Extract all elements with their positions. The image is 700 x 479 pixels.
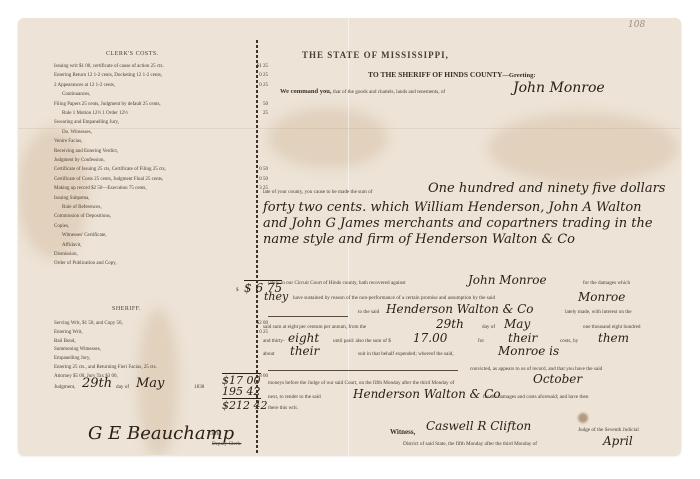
handwritten-line-3: name style and firm of Henderson Walton … xyxy=(263,232,575,247)
cost-label: Receiving and Entering Verdict, xyxy=(54,149,118,154)
cost-label: Bail Bond, xyxy=(54,339,76,344)
cost-amount: 50 xyxy=(263,102,268,107)
cost-label: Entering Writ, xyxy=(54,330,83,335)
greeting: —Greeting: xyxy=(502,72,535,79)
judgment-day-of: day of xyxy=(116,385,129,390)
cost-label: Continuances, xyxy=(54,92,90,97)
cost-label: Do. Witnesses, xyxy=(54,130,92,135)
cost-row: Affidavit, xyxy=(54,243,268,248)
blank-line xyxy=(268,316,348,317)
cost-label: Summoning Witnesses, xyxy=(54,347,101,352)
cost-amount: 0 25 xyxy=(259,330,268,335)
thousand-text: one thousand eight hundred xyxy=(583,325,640,330)
handwritten-line-1: forty two cents. which William Henderson… xyxy=(263,200,642,215)
cost-label: Commission of Depositions, xyxy=(54,214,111,219)
cost-row: Filing Papers 25 cents, Judgment by defa… xyxy=(54,102,268,107)
cost-row: Bail Bond, xyxy=(54,339,268,344)
district-text: District of said State, the fifth Monday… xyxy=(403,442,537,447)
document-paper: 108 CLERK'S COSTS. Issuing writ $1 00, c… xyxy=(18,18,681,455)
cost-amount: 8 00 xyxy=(259,374,268,379)
cost-label: Copies, xyxy=(54,224,69,229)
cost-row: Witnesses' Certificate, xyxy=(54,233,268,238)
witness-month: April xyxy=(603,434,633,448)
to-sheriff-heading: TO THE SHERIFF OF HINDS COUNTY—Greeting: xyxy=(368,70,536,79)
convicted-party: Monroe is xyxy=(498,344,559,358)
plaintiffs-name: Henderson Walton & Co xyxy=(386,302,534,316)
cost-amount: 0 50 xyxy=(259,177,268,182)
cost-label: Judgment by Confession, xyxy=(54,158,105,163)
judgment-total-2: 195 42 xyxy=(222,385,261,399)
judgment-year: 1838 xyxy=(194,385,204,390)
cost-label: Filing Papers 25 cents, Judgment by defa… xyxy=(54,102,161,107)
cost-row: Entering Return 12 1-2 cents, Docketing … xyxy=(54,73,268,78)
cost-label: Entering Return 12 1-2 cents, Docketing … xyxy=(54,73,162,78)
judgment-grand-total: $212 42 xyxy=(222,399,268,412)
cost-row: Certificate of Issuing 25 cts, Certifica… xyxy=(54,167,268,172)
their-2: their xyxy=(290,344,319,358)
and-thirty-text: and thirty- xyxy=(263,339,285,344)
cost-label: Empanelling Jury, xyxy=(54,356,90,361)
to-sheriff-text: TO THE SHERIFF OF HINDS COUNTY xyxy=(368,70,502,79)
cost-row: Issuing writ $1 00, certificate of cause… xyxy=(54,64,268,69)
their: their xyxy=(508,331,537,345)
for-text: for xyxy=(478,339,484,344)
cost-label: Order of Publication and Copy, xyxy=(54,261,117,266)
damages-text: for the damages which xyxy=(583,281,630,286)
cost-label: Making up record $2 50—Execution 75 cent… xyxy=(54,186,147,191)
cost-label: 2 Appearances at 12 1-2 cents, xyxy=(54,83,115,88)
cost-row: Continuances, xyxy=(54,92,268,97)
cost-label: Rule of References, xyxy=(54,205,102,210)
cost-row: Judgment by Confession, xyxy=(54,158,268,163)
defendant-name: John Monroe xyxy=(513,80,605,96)
lately-made-text: lately made, with interest on the xyxy=(565,310,632,315)
recovered-text: lately in our Circuit Court of Hinds cou… xyxy=(268,281,406,286)
cost-label: Issuing writ $1 00, certificate of cause… xyxy=(54,64,164,69)
next-text: next, to render to the said xyxy=(268,395,321,400)
witness-label: Witness, xyxy=(390,428,415,436)
cost-row: Entering 25 cts., and Returning Fieri Fa… xyxy=(54,365,268,370)
cost-row: Do. Witnesses, xyxy=(54,130,268,135)
cost-amount: $1 25 xyxy=(257,64,268,69)
cost-label: Certificate of Costs 25 cents, Judgment … xyxy=(54,177,163,182)
command-text: that of the goods and chattels, lands an… xyxy=(333,89,445,95)
cost-label: Rule 1 Motion 12½ 1 Order 12½ xyxy=(54,111,128,116)
cost-label: Swearing and Empanelling Jury, xyxy=(54,120,119,125)
state-title: THE STATE OF MISSISSIPPI, xyxy=(302,50,449,60)
witness-name: Caswell R Clifton xyxy=(426,419,531,433)
interest-day: 29th xyxy=(436,317,464,331)
cost-row: Serving Writ, $1 50, and Copy 50,$2 00 xyxy=(54,321,268,326)
cost-row: Copies, xyxy=(54,224,268,229)
cost-row: Entering Writ,0 25 xyxy=(54,330,268,335)
sustained-text: have sustained by reason of the non-perf… xyxy=(293,296,495,301)
them: them xyxy=(598,331,629,345)
interest-month: May xyxy=(504,317,530,331)
cost-amount: 0 25 xyxy=(259,83,268,88)
judgment-month: May xyxy=(136,376,164,391)
cost-row: Order of Publication and Copy, xyxy=(54,261,268,266)
left-clerk-title: Clerk. xyxy=(208,432,221,437)
judge-text: Judge of the Seventh Judicial xyxy=(578,428,639,433)
cost-label: Issuing Subpœna, xyxy=(54,196,90,201)
command-label: We command you, xyxy=(280,88,331,95)
perforation-divider xyxy=(256,40,258,455)
year-word: eight xyxy=(288,331,319,345)
cost-label: Witnesses' Certificate, xyxy=(54,233,107,238)
handwritten-line-2: and John G James merchants and copartner… xyxy=(263,216,653,231)
cost-row: Venire Facias, xyxy=(54,139,268,144)
cost-amount: 25 xyxy=(263,111,268,116)
cost-label: Affidavit, xyxy=(54,243,82,248)
cost-label: Venire Facias, xyxy=(54,139,82,144)
judgment-day: 29th xyxy=(82,376,112,391)
interest-day-of: day of xyxy=(482,325,495,330)
cost-row: Receiving and Entering Verdict, xyxy=(54,149,268,154)
cost-row: Rule 1 Motion 12½ 1 Order 12½25 xyxy=(54,111,268,116)
moneys-text: moneys before the Judge of our said Cour… xyxy=(268,381,454,386)
cost-row: 2 Appearances at 12 1-2 cents,0 25 xyxy=(54,83,268,88)
cost-label: Serving Writ, $1 50, and Copy 50, xyxy=(54,321,123,326)
water-stain xyxy=(488,113,678,183)
to-said-text: to the said xyxy=(358,310,379,315)
said-party: Monroe xyxy=(578,290,625,304)
suit-text: suit in that behalf expended; whereof th… xyxy=(358,352,454,357)
cost-row: Certificate of Costs 25 cents, Judgment … xyxy=(54,177,268,182)
cost-label: Entering 25 cts., and Returning Fieri Fa… xyxy=(54,365,157,370)
recovered-against: John Monroe xyxy=(468,273,547,287)
cost-row: Empanelling Jury, xyxy=(54,356,268,361)
sheriff-title: SHERIFF. xyxy=(112,306,141,312)
cost-row: Rule of References, xyxy=(54,205,268,210)
return-month: October xyxy=(533,372,582,386)
water-stain xyxy=(18,128,88,258)
about-text: about xyxy=(263,352,275,357)
cost-amount: 0 25 xyxy=(259,73,268,78)
page-number: 108 xyxy=(628,20,645,30)
interest-text: said sum at eight per centum per annum, … xyxy=(263,325,366,330)
left-deputy-clerk-struck: Deputy Clerk. xyxy=(212,442,241,447)
cost-label: Dismission, xyxy=(54,252,78,257)
there-writ-text: there this writ. xyxy=(268,406,298,411)
cost-row: Commission of Depositions, xyxy=(54,214,268,219)
sum-intro-text: late of your county, you cause to be mad… xyxy=(263,190,372,195)
cost-row: Swearing and Empanelling Jury, xyxy=(54,120,268,125)
render-to: Henderson Walton & Co xyxy=(353,387,501,401)
cost-label: Certificate of Issuing 25 cts, Certifica… xyxy=(54,167,166,172)
cost-row: Making up record $2 50—Execution 75 cent… xyxy=(54,186,268,191)
cost-row: Issuing Subpœna, xyxy=(54,196,268,201)
cost-row: Summoning Witnesses, xyxy=(54,347,268,352)
subtotal-dollar: $ xyxy=(236,288,239,293)
they: they xyxy=(264,290,288,303)
ink-spot xyxy=(578,413,588,423)
sum-in-words: One hundred and ninety five dollars xyxy=(428,181,665,196)
damages-costs-text: for the damages and costs aforesaid; and… xyxy=(483,395,588,400)
clerks-costs-title: CLERK'S COSTS. xyxy=(106,51,159,57)
costs-by-text: costs, by xyxy=(560,339,578,344)
water-stain xyxy=(268,108,388,168)
until-paid-text: until paid: also the sum of $ xyxy=(333,339,391,344)
cost-row: Dismission, xyxy=(54,252,268,257)
judgment-label: Judgment, xyxy=(54,385,75,390)
costs-sum: 17.00 xyxy=(413,331,447,345)
blank-line xyxy=(268,370,458,371)
cost-amount: 0 50 xyxy=(259,167,268,172)
